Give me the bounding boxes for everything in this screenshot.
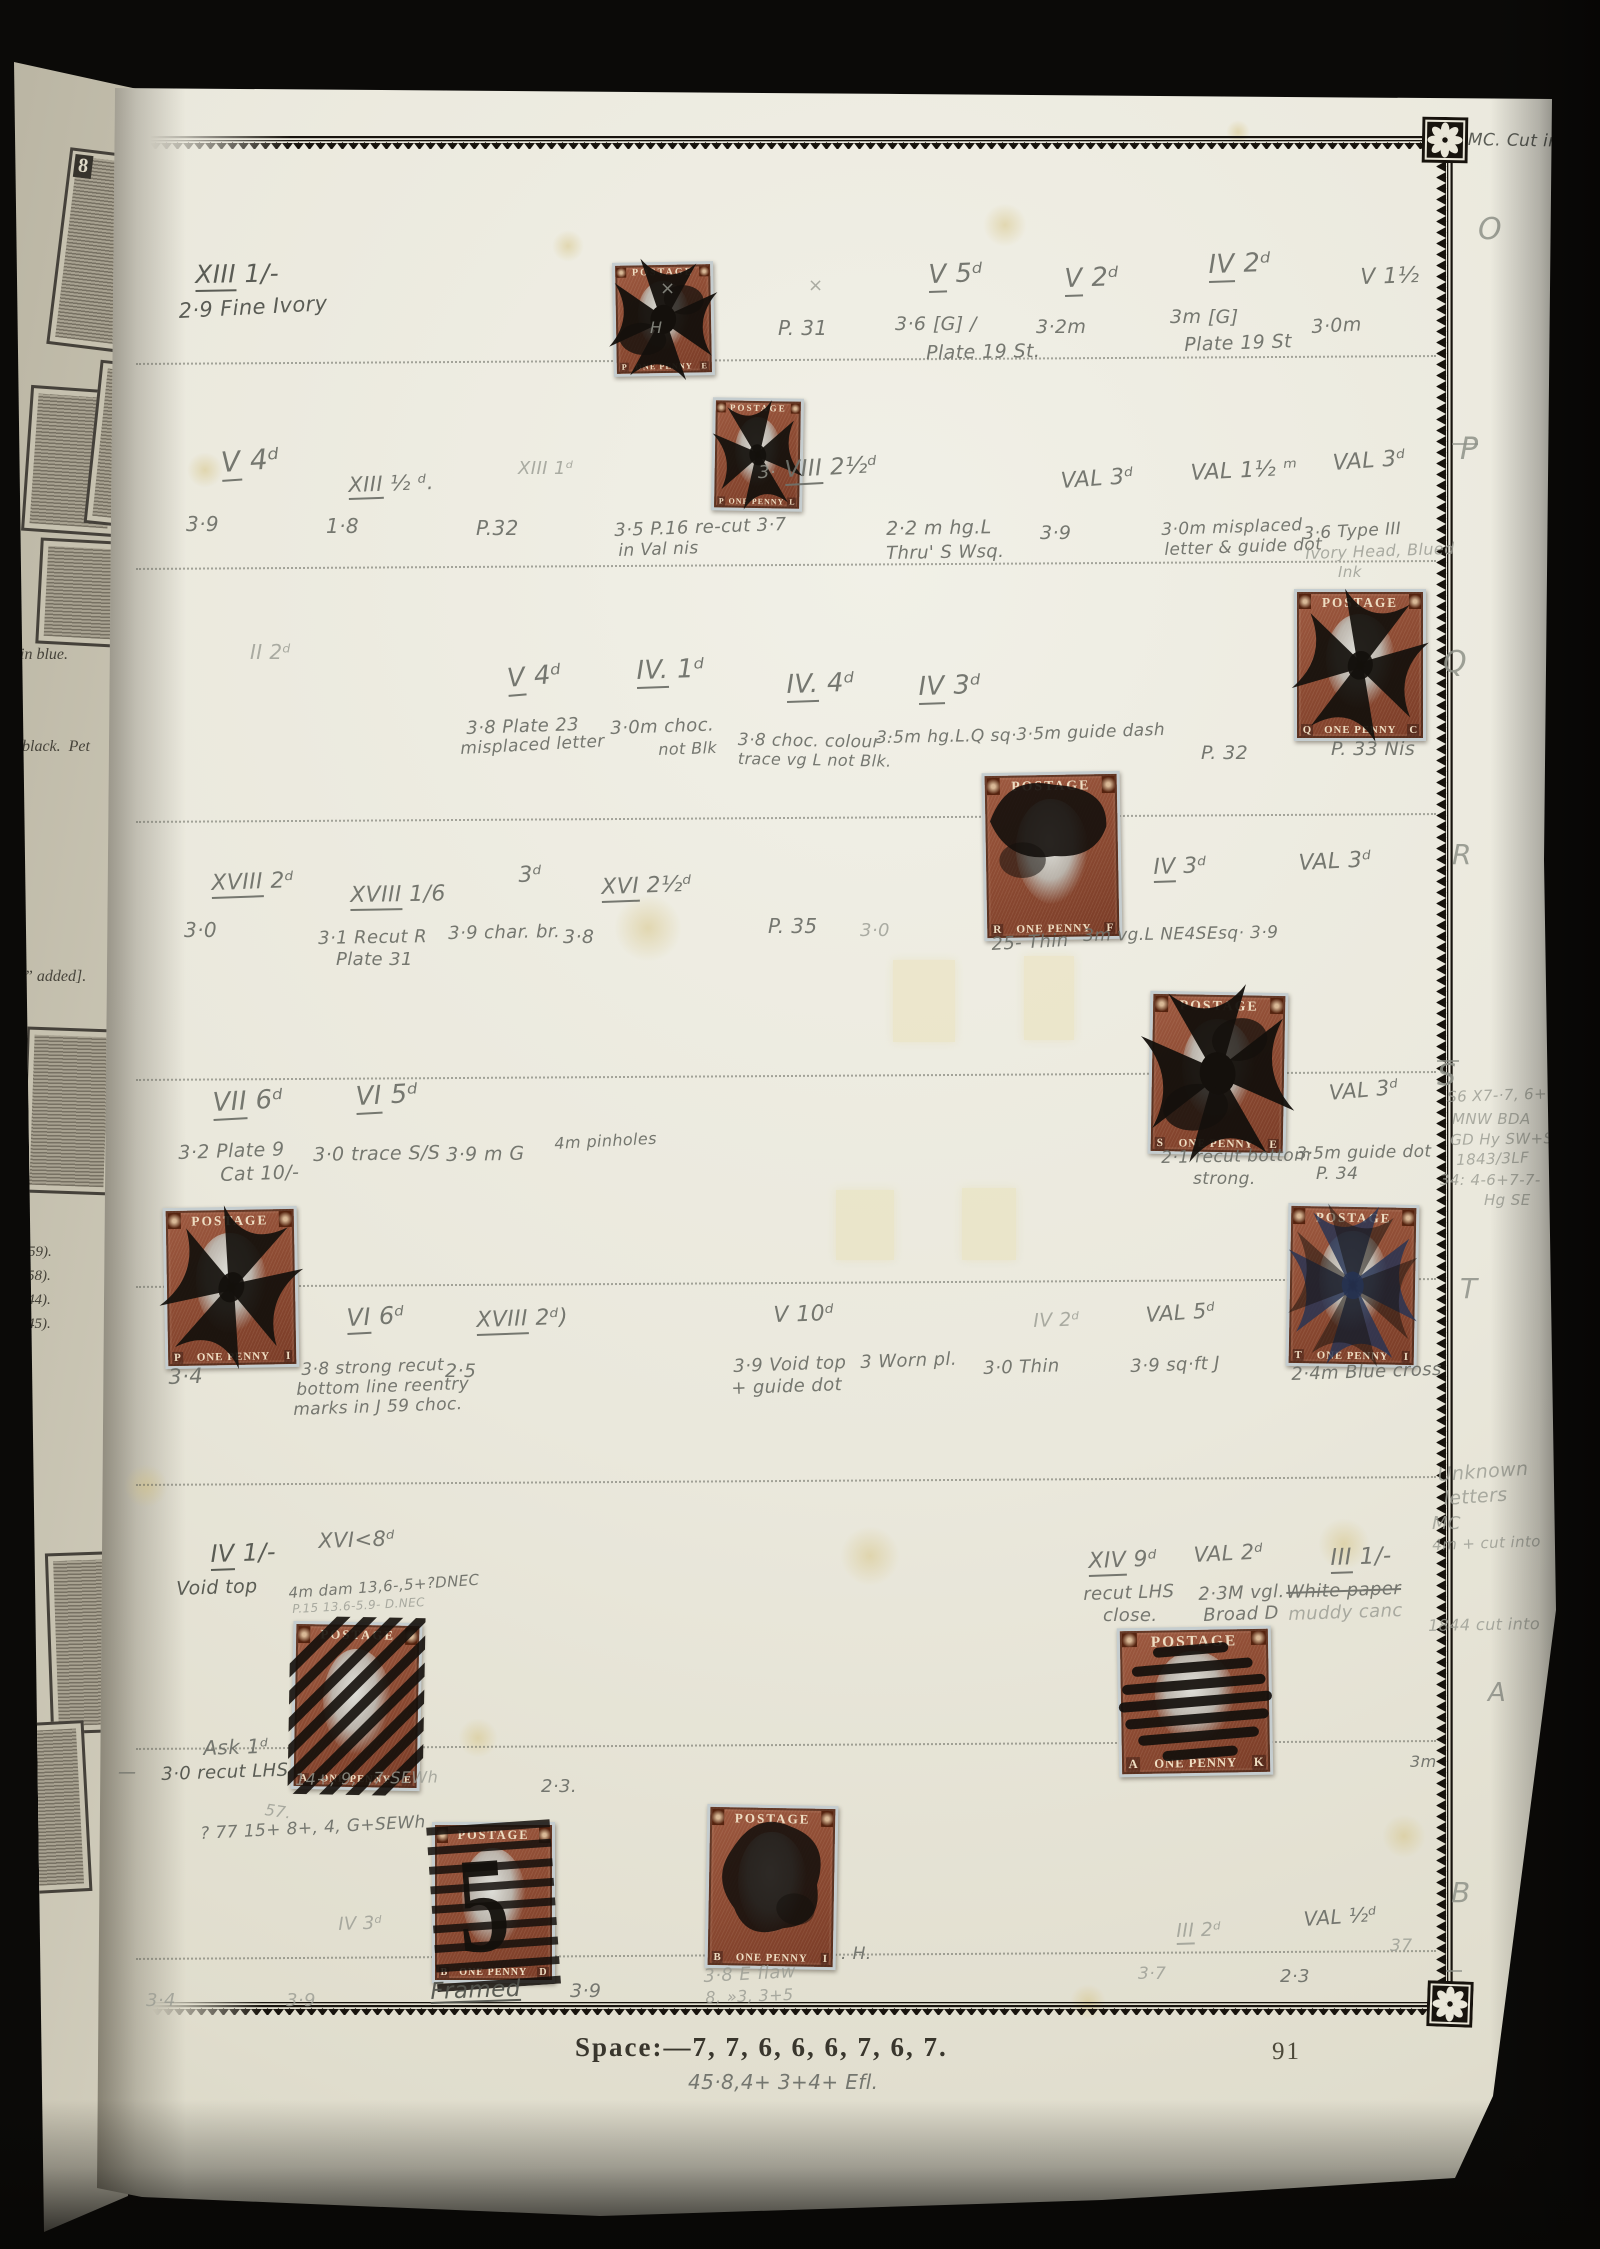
cancellation-mark-icon (1112, 1621, 1278, 1781)
underlined-plate-numeral: IV (918, 671, 945, 705)
pencil-annotation: 3·0 recut LHS (161, 1762, 289, 1785)
pencil-annotation: 8, »3, 3+5 (705, 1987, 794, 2007)
pencil-annotation: P. 31 (778, 318, 827, 339)
pencil-annotation: IV 3ᵈ (338, 1914, 383, 1934)
pencil-annotation: XVIII 2ᵈ) (476, 1306, 568, 1332)
pencil-annotation: 3· (758, 464, 776, 483)
pencil-annotation: V 2ᵈ (1064, 264, 1120, 293)
penny-red-stamp: POSTAGETONE PENNYI (1286, 1203, 1420, 1368)
caption-text-fragment: 59). (28, 1244, 52, 1261)
corner-rosette-ornament-icon (1426, 1980, 1474, 2028)
underlined-plate-numeral: XVIII (350, 882, 402, 911)
pencil-annotation: 3 Worn pl. (860, 1351, 957, 1373)
pencil-annotation: — (118, 1764, 136, 1783)
pencil-annotation: 3·2 Plate 9 (178, 1140, 285, 1164)
penny-red-stamp: POSTAGESONE PENNYE (1148, 991, 1289, 1156)
pencil-annotation: 2·5 (445, 1362, 476, 1382)
dotted-rule (136, 560, 1436, 570)
pencil-annotation: 3·9 (286, 1992, 316, 2011)
pencil-annotation: P. 32 (1201, 744, 1248, 764)
underlined-plate-numeral: VII (212, 1086, 248, 1121)
pencil-annotation: 2·4m Blue cross (1291, 1361, 1442, 1385)
foxing-spot (187, 452, 223, 488)
pencil-annotation: 37 (1390, 1938, 1412, 1956)
pencil-annotation: × (660, 280, 675, 299)
pencil-annotation: VAL 5ᵈ (1145, 1299, 1216, 1326)
caption-text-fragment: black. Pet (22, 738, 90, 756)
margin-letter-T: T (1460, 1272, 1477, 1305)
pencil-annotation: IV 1/- (210, 1540, 276, 1567)
pencil-annotation: MC (1432, 1515, 1461, 1534)
border-top (150, 136, 1436, 149)
penny-red-stamp: POSTAGEBONE PENNYD5 (432, 1822, 555, 1983)
dotted-rule (136, 813, 1436, 823)
pencil-annotation: 3·7 (1138, 1966, 1166, 1984)
pencil-annotation: Thru' S Wsq. (886, 543, 1004, 564)
pencil-annotation: 3·0 Thin (983, 1357, 1060, 1379)
stamp-body: POSTAGESONE PENNYE (1151, 994, 1286, 1153)
margin-letter-Q: Q (1443, 645, 1467, 680)
stamp-body: POSTAGEPONE PENNYL (714, 400, 801, 508)
pencil-annotation: IV 3ᵈ (1153, 854, 1207, 879)
underlined-plate-numeral: VIII (784, 455, 823, 486)
pencil-annotation: 3·9 sq·ft J (1130, 1355, 1220, 1377)
stamp-body: POSTAGETONE PENNYI (1289, 1206, 1417, 1365)
pencil-annotation: VAL 2ᵈ (1193, 1540, 1264, 1566)
pencil-annotation: 1·8 (326, 516, 359, 537)
cancellation-mark-icon (1282, 1198, 1422, 1373)
pencil-annotation: 3·9 (1040, 524, 1071, 544)
pencil-annotation: XIII 1ᵈ (518, 460, 574, 479)
penny-red-stamp: POSTAGEBONE PENNYI (705, 1804, 839, 1970)
underlined-plate-numeral: V (506, 662, 527, 696)
penny-red-stamp: POSTAGEAONE PENNYK (1117, 1626, 1274, 1778)
pencil-annotation: P. 35 (768, 916, 817, 937)
pencil-annotation: in Val nis (618, 540, 699, 561)
underlined-plate-numeral: IV. (786, 669, 819, 703)
pencil-annotation: 3·9 (570, 1982, 601, 2002)
pencil-annotation: VIII 2½ᵈ (784, 453, 878, 482)
pencil-annotation: Void top (176, 1577, 258, 1600)
cancellation-mark-icon (710, 395, 806, 514)
pencil-annotation: 2·3. (541, 1778, 577, 1797)
foxing-spot (124, 1464, 168, 1508)
underlined-plate-numeral: XVIII (211, 869, 264, 899)
pencil-annotation: P.32 (476, 518, 519, 539)
pencil-annotation: Plate 19 St (1184, 332, 1292, 356)
pencil-annotation: Ink (1338, 565, 1362, 581)
pencil-total-note: 45·8,4+ 3+4+ Efl. (688, 2072, 878, 2093)
pencil-annotation: 3·0 (860, 922, 890, 941)
cancellation-mark-icon (610, 259, 717, 380)
pencil-annotation: marks in J 59 choc. (293, 1396, 463, 1420)
pencil-annotation: 3·5m guide dot (1296, 1144, 1432, 1164)
pencil-annotation: VII 6ᵈ (212, 1086, 284, 1117)
pencil-annotation: IV 3ᵈ (918, 672, 982, 701)
margin-letter-B: B (1451, 1876, 1470, 1909)
underlined-plate-numeral: IV (210, 1539, 235, 1571)
margin-tick (1437, 1060, 1459, 1062)
pencil-annotation: 3ᵈ (518, 863, 543, 887)
underlined-plate-numeral: IV (1208, 249, 1235, 283)
pencil-annotation: strong. (1193, 1171, 1256, 1189)
pencil-annotation: Ask 1ᵈ (203, 1736, 269, 1759)
cancellation-mark-icon (701, 1799, 842, 1975)
pencil-annotation: 3·4 (168, 1365, 203, 1388)
pencil-annotation: XVIII 2ᵈ (211, 869, 294, 895)
stamp-body: POSTAGEAONE PENNYK (1120, 1629, 1270, 1775)
pencil-annotation: P. 33 Nis (1331, 740, 1415, 760)
caption-text-fragment: 45). (27, 1316, 51, 1333)
hinge-remnant (836, 1190, 894, 1260)
pencil-annotation: 3m [G] (1170, 308, 1239, 328)
pencil-annotation: not Blk (658, 740, 717, 759)
underlined-plate-numeral: V (220, 445, 242, 482)
penny-red-stamp: POSTAGERONE PENNYF (982, 771, 1123, 941)
dotted-rule (136, 355, 1436, 365)
pencil-annotation: 3·6 [G] / (895, 315, 977, 335)
hinge-remnant (962, 1188, 1016, 1260)
pencil-annotation: VAL 3ᵈ (1060, 465, 1135, 493)
pencil-annotation: VI 6ᵈ (346, 1303, 405, 1331)
printed-space-line: Space:—7, 7, 6, 6, 6, 7, 6, 7. (575, 2032, 948, 2063)
pencil-annotation: 2·2 m hg.L (886, 518, 992, 540)
foxing-spot (983, 203, 1027, 247)
underlined-plate-numeral: IV (1153, 854, 1176, 883)
pencil-annotation: V 4ᵈ (506, 661, 563, 693)
pencil-annotation: Broad D (1203, 1604, 1279, 1626)
margin-letter-R: R (1452, 838, 1471, 871)
margin-tick (1452, 443, 1478, 445)
dotted-rule (136, 1476, 1436, 1486)
caption-text-fragment: 58). (27, 1268, 51, 1285)
pencil-annotation: 2·1 recut bottom (1161, 1147, 1311, 1167)
pencil-annotation: 3·9 m G (446, 1145, 525, 1166)
pencil-annotation: 25- Thin (991, 932, 1069, 955)
foxing-spot (1382, 1814, 1426, 1858)
pencil-annotation: XIII 1/- (195, 261, 279, 289)
pencil-annotation: VAL 3ᵈ (1298, 848, 1372, 875)
dotted-rule (136, 1278, 1436, 1288)
pencil-annotation: P. 34 (1316, 1166, 1358, 1184)
foxing-spot (552, 230, 584, 262)
svg-text:5: 5 (452, 1829, 514, 1983)
pencil-annotation: 3·4 (146, 1992, 176, 2011)
pencil-annotation: 3·5m guide dash (1016, 722, 1165, 745)
underlined-plate-numeral: IV. (636, 655, 669, 689)
stamp-value-numeral: 8 (73, 154, 94, 179)
photo-edge-shadow-right (1490, 0, 1600, 2249)
foxing-spot (458, 1718, 498, 1758)
pencil-annotation: 2·3 (1280, 1968, 1310, 1987)
underlined-plate-numeral: III (1330, 1544, 1353, 1574)
engraved-stamp-illustration (21, 1026, 117, 1195)
engraving-texture (16, 1729, 84, 1887)
hinge-remnant (893, 960, 955, 1042)
underlined-plate-numeral: III (1176, 1919, 1195, 1945)
photo-of-stamp-album-page: 8in blue.black. Pet” added].59).58).44).… (0, 0, 1600, 2249)
pencil-annotation: XVI<8ᵈ (318, 1527, 396, 1552)
photo-edge-shadow-bottom (0, 2100, 1600, 2249)
stamp-body: POSTAGEBONE PENNYI (708, 1807, 836, 1967)
margin-letter-P: P (1460, 432, 1478, 467)
pencil-annotation: Cat 10/- (220, 1163, 300, 1186)
penny-red-stamp: POSTAGEAONE PENNYE (291, 1621, 423, 1791)
pencil-annotation: IV. 1ᵈ (636, 656, 705, 686)
stamp-body: POSTAGEBONE PENNYD5 (435, 1825, 552, 1980)
pencil-annotation: 2·9 Fine Ivory (178, 292, 328, 322)
underlined-plate-numeral: XIII (195, 259, 236, 292)
pencil-annotation: IV 2ᵈ (1208, 250, 1272, 279)
pencil-annotation: 3·8 E flaw (703, 1963, 796, 1987)
underlined-plate-numeral: XVI (601, 874, 640, 903)
pencil-annotation: 3·2m (1036, 318, 1086, 338)
cancellation-mark-icon (1291, 585, 1430, 746)
pencil-annotation: . H. (841, 1946, 872, 1964)
pencil-annotation: 3·1 Recut R (318, 928, 427, 949)
foxing-spot (840, 1526, 900, 1586)
pencil-annotation: XIII ½ ᵈ. (348, 471, 434, 496)
pencil-annotation: 3m (1410, 1754, 1437, 1771)
underlined-plate-numeral: V (928, 259, 947, 293)
cancellation-mark-icon (1144, 986, 1292, 1161)
caption-text-fragment: ” added]. (24, 968, 86, 986)
pencil-annotation: White paper (1286, 1580, 1401, 1603)
engraving-texture (29, 1035, 108, 1187)
pencil-annotation: trace vg L not Blk. (738, 751, 892, 770)
caption-text-fragment: 44). (27, 1292, 51, 1309)
pencil-annotation: 14+, 9, ,7-SEWh (295, 1770, 438, 1789)
pencil-annotation: III 1/- (1330, 1544, 1392, 1570)
margin-tick (1446, 1970, 1462, 1972)
pencil-annotation: V 1½ (1360, 264, 1420, 289)
pencil-annotation: XVIII 1/6 (350, 882, 446, 907)
stamp-body: POSTAGEPONE PENNYI (166, 1209, 297, 1366)
pencil-annotation: Plate 31 (336, 951, 413, 970)
underlined-plate-numeral: V (1064, 263, 1083, 297)
pencil-annotation: V 5ᵈ (928, 260, 984, 289)
pencil-annotation: ? 77 15+ 8+, 4, G+SEWh (200, 1814, 426, 1844)
pencil-annotation: 3·9 (186, 514, 219, 535)
pencil-annotation: muddy canc (1288, 1602, 1403, 1625)
page-number: 91 (1272, 2038, 1301, 2066)
pencil-annotation: misplaced letter (460, 733, 605, 758)
pencil-annotation: IV 2ᵈ (1033, 1310, 1080, 1332)
pencil-annotation: V 4ᵈ (220, 444, 281, 477)
pencil-annotation: 3·5m hg.L.Q sq· (876, 728, 1017, 748)
cancellation-mark-icon: 5 (429, 1817, 558, 1988)
pencil-annotation: VI 5ᵈ (355, 1081, 419, 1112)
pencil-annotation: 3·9 Void top (733, 1354, 847, 1377)
pencil-annotation: XIV 9ᵈ (1088, 1548, 1158, 1573)
pencil-annotation: Plate 19 St. (926, 342, 1040, 364)
penny-red-stamp: POSTAGEPONE PENNYL (711, 397, 804, 512)
underlined-plate-numeral: XIV (1088, 1548, 1127, 1577)
pencil-annotation: III 2ᵈ (1176, 1920, 1222, 1941)
pencil-annotation: II 2ᵈ (250, 642, 291, 663)
pencil-annotation: + guide dot (731, 1376, 842, 1399)
cancellation-mark-icon (978, 766, 1126, 947)
pencil-annotation: VAL 3ᵈ (1332, 447, 1407, 475)
pencil-annotation: recut LHS (1083, 1583, 1175, 1605)
pencil-annotation: V 10ᵈ (773, 1302, 835, 1327)
pencil-annotation: 3·5 P.16 re-cut 3·7 (614, 516, 787, 541)
pencil-annotation: VAL ½ᵈ (1303, 1904, 1378, 1930)
cancellation-mark-icon (159, 1201, 303, 1374)
hinge-remnant (1024, 956, 1074, 1040)
album-page: Space:—7, 7, 6, 6, 6, 7, 6, 7. 45·8,4+ 3… (0, 0, 1600, 2249)
pencil-annotation: 3m vg.L NE4SEsq· 3·9 (1083, 925, 1279, 946)
pencil-annotation: H (650, 320, 662, 337)
penny-red-stamp: POSTAGEPONE PENNYI (163, 1206, 300, 1369)
pencil-annotation: × (808, 277, 823, 296)
stamp-body: POSTAGEQONE PENNYC (1297, 592, 1423, 738)
pencil-annotation: Framed (430, 1977, 521, 2004)
pencil-annotation: letter & guide dot (1164, 536, 1323, 559)
penny-red-stamp: POSTAGEQONE PENNYC (1294, 589, 1426, 741)
pencil-annotation: 4m pinholes (554, 1131, 657, 1153)
pencil-annotation: 3·0 (184, 920, 217, 941)
pencil-annotation: 3·9 char. br. (448, 923, 560, 944)
engraved-stamp-illustration (8, 1720, 93, 1895)
pencil-annotation: 3·0 trace S/S (313, 1144, 440, 1166)
pencil-annotation: VAL 1½ ᵐ (1190, 456, 1298, 485)
pencil-annotation: IV. 4ᵈ (786, 670, 855, 700)
border-bottom (152, 2002, 1434, 2016)
stamp-body: POSTAGEAONE PENNYE (294, 1624, 420, 1788)
underlined-plate-numeral: XIII (348, 472, 383, 500)
pencil-annotation: close. (1103, 1607, 1157, 1626)
stamp-body: POSTAGERONE PENNYF (985, 774, 1120, 938)
underlined-plate-numeral: VI (346, 1303, 372, 1335)
caption-text-fragment: in blue. (20, 646, 68, 664)
underlined-plate-numeral: XVIII (476, 1306, 529, 1336)
pencil-annotation: XVI 2½ᵈ (601, 873, 692, 899)
pencil-annotation: 3·0m (1311, 315, 1362, 338)
pencil-annotation: 3·0m choc. (610, 716, 714, 739)
pencil-annotation: VAL 3ᵈ (1328, 1076, 1400, 1104)
pencil-annotation: 3·8 (563, 928, 594, 948)
underlined-plate-numeral: VI (355, 1081, 383, 1115)
corner-rosette-ornament-icon (1422, 117, 1469, 164)
foxing-spot (614, 894, 682, 962)
